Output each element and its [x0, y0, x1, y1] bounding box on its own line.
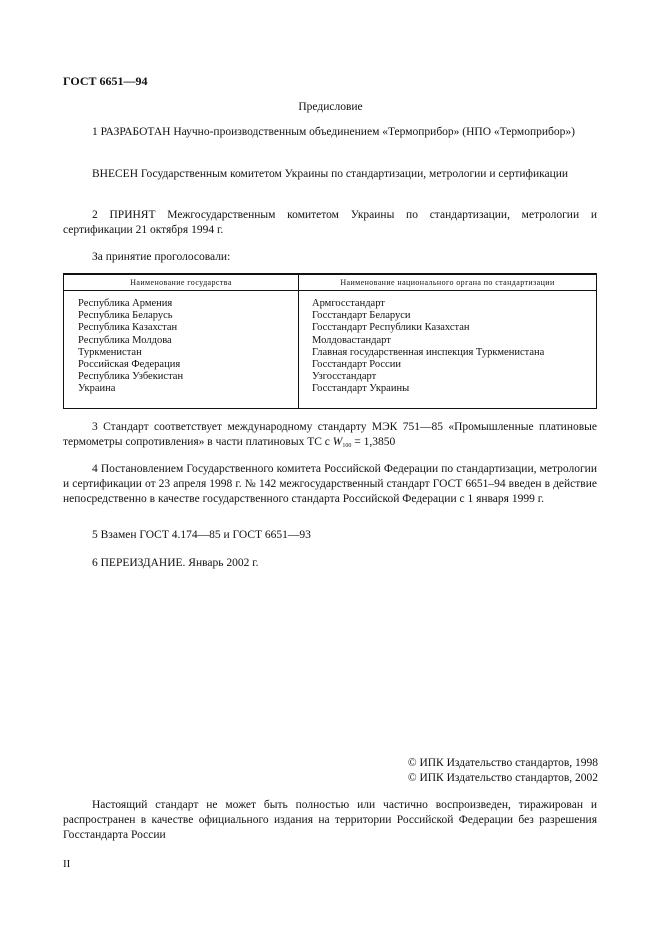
paragraph-reissue: 6 ПЕРЕИЗДАНИЕ. Январь 2002 г.: [63, 556, 597, 571]
table-cell-standards-body: Молдовастандарт: [312, 335, 596, 347]
table-cell-state: Украина: [78, 383, 298, 395]
resistance-ratio-value: = 1,3850: [351, 436, 395, 448]
document-code: ГОСТ 6651—94: [63, 74, 148, 89]
table-cell-state: Российская Федерация: [78, 359, 298, 371]
paragraph-replaces: 5 Взамен ГОСТ 4.174—85 и ГОСТ 6651—93: [63, 528, 597, 543]
table-cell-standards-body: Госстандарт России: [312, 359, 596, 371]
reproduction-notice: Настоящий стандарт не может быть полност…: [63, 798, 597, 843]
standards-bodies-column: Армгосстандарт Госстандарт Беларуси Госс…: [299, 291, 597, 409]
table-cell-standards-body: Узгосстандарт: [312, 371, 596, 383]
states-column: Республика Армения Республика Беларусь Р…: [64, 291, 299, 409]
copyright-line-1998: © ИПК Издательство стандартов, 1998: [408, 756, 598, 771]
column-header-state: Наименование государства: [64, 274, 299, 291]
column-header-standards-body: Наименование национального органа по ста…: [299, 274, 597, 291]
table-body-row: Республика Армения Республика Беларусь Р…: [64, 291, 597, 409]
copyright-line-2002: © ИПК Издательство стандартов, 2002: [408, 771, 598, 786]
paragraph-developed: 1 РАЗРАБОТАН Научно-производственным объ…: [63, 125, 597, 140]
paragraph-adopted: 2 ПРИНЯТ Межгосударственным комитетом Ук…: [63, 208, 597, 238]
table-header-row: Наименование государства Наименование на…: [64, 274, 597, 291]
table-cell-state: Республика Молдова: [78, 335, 298, 347]
paragraph-introduced: ВНЕСЕН Государственным комитетом Украины…: [63, 167, 597, 182]
paragraph-conformity: 3 Стандарт соответствует международному …: [63, 420, 597, 454]
table-cell-standards-body: Госстандарт Республики Казахстан: [312, 322, 596, 334]
table-cell-state: Республика Узбекистан: [78, 371, 298, 383]
voting-table: Наименование государства Наименование на…: [63, 273, 597, 409]
resistance-ratio-subscript: 100: [342, 443, 351, 449]
paragraph-voted-intro: За принятие проголосовали:: [63, 250, 597, 265]
table-cell-state: Республика Беларусь: [78, 310, 298, 322]
table-cell-state: Туркменистан: [78, 347, 298, 359]
table-cell-standards-body: Госстандарт Беларуси: [312, 310, 596, 322]
table-cell-standards-body: Главная государственная инспекция Туркме…: [312, 347, 596, 359]
page-number: II: [63, 858, 70, 870]
table-cell-state: Республика Армения: [78, 298, 298, 310]
conformity-text: 3 Стандарт соответствует международному …: [63, 421, 597, 448]
copyright-block: © ИПК Издательство стандартов, 1998 © ИП…: [408, 756, 598, 786]
table-cell-standards-body: Госстандарт Украины: [312, 383, 596, 395]
table-cell-standards-body: Армгосстандарт: [312, 298, 596, 310]
paragraph-resolution: 4 Постановлением Государственного комите…: [63, 462, 597, 507]
resistance-ratio-symbol: W: [333, 436, 343, 448]
table-cell-state: Республика Казахстан: [78, 322, 298, 334]
section-title: Предисловие: [0, 101, 661, 113]
